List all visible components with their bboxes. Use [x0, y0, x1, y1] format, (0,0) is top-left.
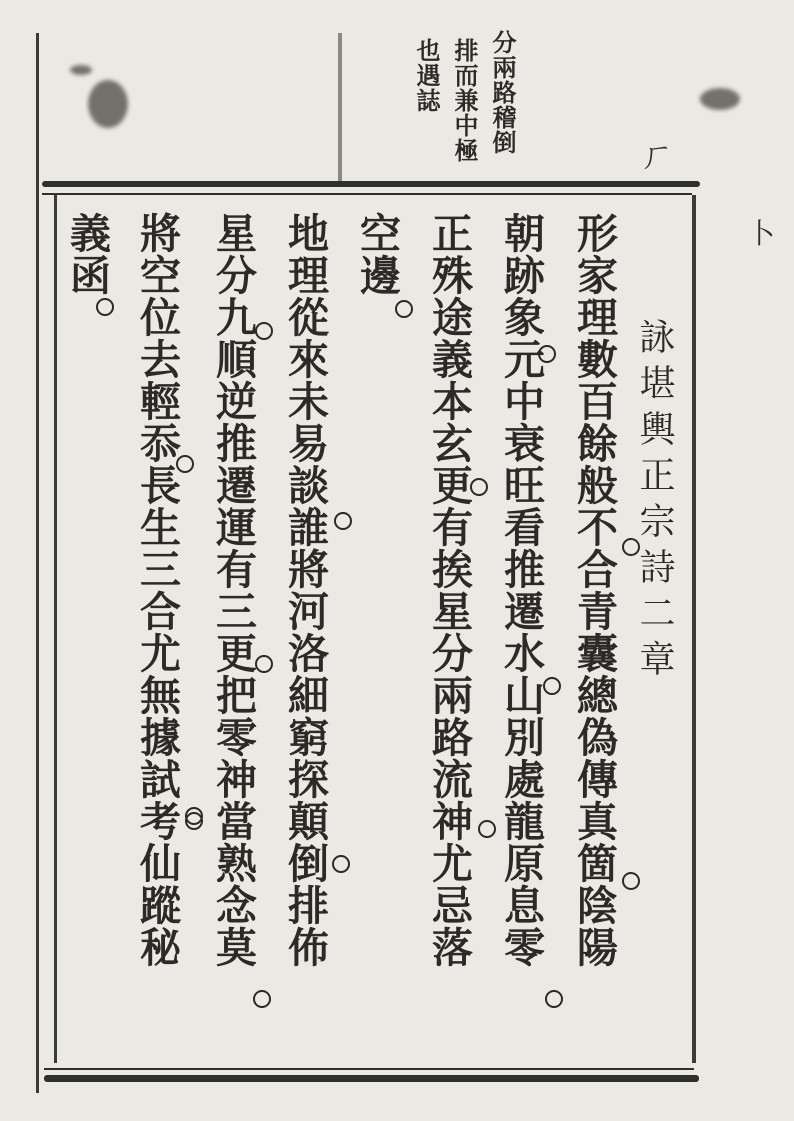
punctuation-circle	[622, 872, 640, 890]
document-page: 分兩路稽倒 排而兼中極 也遇誌 ㄏ 卜 詠堪輿正宗詩二章 形家理數百餘般不合青囊…	[0, 0, 794, 1121]
punctuation-circle	[253, 990, 271, 1008]
header-note: 排而兼中極	[452, 38, 476, 163]
bottom-rule-thin	[44, 1068, 694, 1070]
ink-smudge	[700, 88, 740, 110]
poem-column: 空邊	[356, 212, 397, 296]
poem-column: 正殊途義本玄更有挨星分兩路流神尤忌落	[428, 212, 469, 968]
ink-smudge	[88, 80, 128, 128]
punctuation-circle	[478, 820, 496, 838]
punctuation-circle	[255, 322, 273, 340]
ink-smudge	[70, 65, 92, 75]
poem-column: 義函	[66, 212, 107, 296]
punctuation-circle	[334, 512, 352, 530]
punctuation-circle	[96, 298, 114, 316]
frame-right	[692, 195, 696, 1063]
punctuation-circle	[543, 677, 561, 695]
poem-column: 星分九順逆推遷運有三更把零神當熟念莫	[212, 212, 253, 968]
punctuation-circle	[255, 655, 273, 673]
punctuation-circle	[332, 855, 350, 873]
bottom-rule	[44, 1075, 699, 1082]
top-rule	[42, 181, 700, 187]
punctuation-circle	[176, 455, 194, 473]
poem-column: 將空位去輕忝長生三合尤無據試考仙蹤秘	[136, 212, 177, 968]
outer-left-border	[36, 33, 39, 1093]
punctuation-circle	[622, 538, 640, 556]
poem-title: 詠堪輿正宗詩二章	[636, 318, 672, 686]
frame-left	[54, 193, 57, 1063]
punctuation-circle	[470, 478, 488, 496]
poem-column: 地理從來未易談誰將河洛細窮探顛倒排佈	[284, 212, 325, 968]
poem-column: 朝跡象元中衰旺看推遷水山別處龍原息零	[500, 212, 541, 968]
punctuation-circle	[545, 990, 563, 1008]
poem-column: 形家理數百餘般不合青囊總偽傳真箇陰陽	[573, 212, 614, 968]
margin-mark: 卜	[747, 212, 775, 252]
punctuation-circle	[395, 300, 413, 318]
header-note: 分兩路稽倒	[490, 30, 514, 155]
margin-mark: ㄏ	[640, 128, 674, 177]
header-note: 也遇誌	[414, 38, 438, 113]
punctuation-circle	[185, 807, 203, 825]
punctuation-circle	[538, 345, 556, 363]
header-divider	[338, 33, 342, 183]
top-rule-thin	[42, 193, 692, 195]
